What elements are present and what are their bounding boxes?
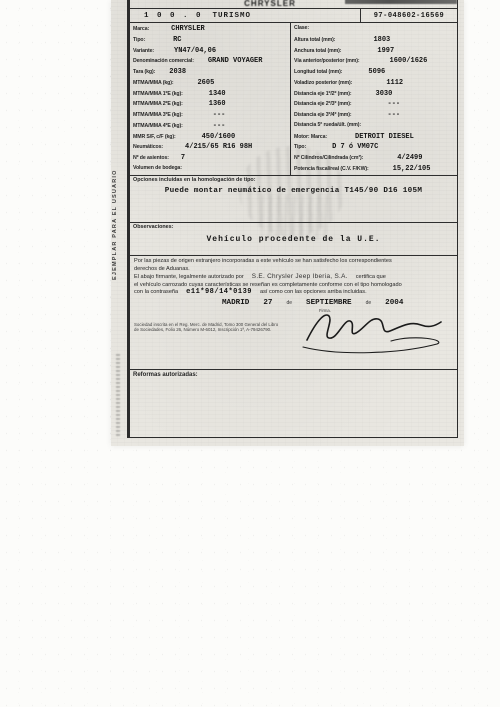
spec-row: MTMA/MMA (kg): 2605: [133, 79, 290, 90]
field-value: 15,22/105: [393, 165, 431, 173]
spec-row: Volumen de bodega:: [133, 165, 290, 176]
approval-line: con la contraseña e11*98/14*0139 así com…: [134, 289, 453, 297]
margin-printer-imprint: [116, 352, 120, 436]
signer-text-2: el vehículo carrozado cuyas característi…: [134, 282, 453, 290]
field-label: MTMA/MMA 3ºE (kg):: [133, 112, 183, 118]
scan-background: EJEMPLAR PARA EL USUARIO CHRYSLER 1 0 0 …: [0, 0, 500, 707]
field-value: ---: [388, 111, 401, 119]
field-value: 4/2499: [397, 154, 422, 162]
spec-row: MTMA/MMA 2ºE (kg): 1360: [133, 100, 290, 111]
authorized-reforms-section: Reformas autorizadas:: [130, 370, 457, 438]
vehicle-classification: 1 0 0 . 0 TURISMO: [130, 9, 360, 22]
field-value: CHRYSLER: [171, 25, 205, 33]
registry-small-print: Sociedad inscrita en el Reg. Merc. de Ma…: [134, 322, 359, 333]
day: 27: [263, 300, 272, 308]
approval-text-b: así como con las opciones arriba incluid…: [260, 289, 367, 297]
manufacturer-stamp: CHRYSLER: [200, 0, 340, 8]
field-value: 7: [181, 154, 185, 162]
spec-row: Marca: CHRYSLER: [133, 25, 290, 36]
customs-text-line1: Por las piezas de origen extranjero inco…: [134, 258, 453, 266]
field-label: Neumáticos:: [133, 144, 163, 150]
signer-line: El abajo firmante, legalmente autorizado…: [134, 273, 453, 282]
field-value: 450/1600: [202, 133, 236, 141]
approval-code: e11*98/14*0139: [186, 289, 252, 297]
spec-row: Anchura total (mm): 1997: [294, 47, 457, 58]
field-value: 4/215/65 R16 98H: [185, 143, 252, 151]
spec-row: Nº Cilindros/Cilindrada (cm³): 4/2499: [294, 154, 457, 165]
field-label: MTMA/MMA 2ºE (kg):: [133, 101, 183, 107]
field-value: ---: [213, 111, 226, 119]
spec-row: Denominación comercial: GRAND VOYAGER: [133, 57, 290, 68]
field-value: 3030: [376, 90, 393, 98]
form-header: CHRYSLER 1 0 0 . 0 TURISMO 97-048602-165…: [130, 0, 457, 23]
spec-table: Marca: CHRYSLER Tipo: RC Variante: YN47/…: [130, 23, 457, 176]
field-value: 1360: [209, 100, 226, 108]
year: 2004: [385, 300, 403, 308]
spec-row: Longitud total (mm): 5096: [294, 68, 457, 79]
field-value: ---: [213, 122, 226, 130]
spec-row: Nº de asientos: 7: [133, 154, 290, 165]
registry-line2: de Sociedades, Folio 26, Número M-6012, …: [134, 327, 359, 333]
company-name: S.E. Chrysler Jeep Iberia, S.A.: [252, 273, 348, 281]
month: SEPTIEMBRE: [306, 300, 352, 308]
spec-column-left: Marca: CHRYSLER Tipo: RC Variante: YN47/…: [130, 23, 290, 175]
cutoff-header-smudge: [345, 0, 457, 4]
de-word-2: de: [366, 300, 372, 308]
spec-row: Variante: YN47/04,06: [133, 47, 290, 58]
field-label: Tipo:: [294, 144, 306, 150]
spec-row: Tipo: D 7 ó VM07C: [294, 143, 457, 154]
field-label: Marca:: [133, 26, 149, 32]
field-label: Clase:: [294, 25, 309, 31]
spec-row: MTMA/MMA 4ºE (kg): ---: [133, 122, 290, 133]
field-value: YN47/04,06: [174, 47, 216, 55]
margin-vertical-label: EJEMPLAR PARA EL USUARIO: [112, 150, 118, 280]
field-label: Potencia fiscal/real (C.V. F/KW):: [294, 166, 369, 172]
customs-text-line2: derechos de Aduanas.: [134, 266, 453, 274]
spec-row: Distancia eje 3º/4º (mm): ---: [294, 111, 457, 122]
field-value: 1997: [377, 47, 394, 55]
field-label: Longitud total (mm):: [294, 69, 342, 75]
field-label: Nº Cilindros/Cilindrada (cm³):: [294, 155, 363, 161]
spec-row: MMR S/F, c/F (kg): 450/1600: [133, 133, 290, 144]
field-label: Voladizo posterior (mm):: [294, 80, 352, 86]
field-label: Distancia 5ª rueda/últ. (mm):: [294, 122, 361, 128]
spec-row: Tipo: RC: [133, 36, 290, 47]
technical-card-form: CHRYSLER 1 0 0 . 0 TURISMO 97-048602-165…: [127, 0, 458, 438]
field-value: RC: [173, 36, 181, 44]
spec-row: Distancia eje 2º/3º (mm): ---: [294, 100, 457, 111]
options-text: Puede montar neumático de emergencia T14…: [133, 187, 454, 195]
spec-row: Clase:: [294, 25, 457, 36]
spec-row: MTMA/MMA 1ºE (kg): 1340: [133, 90, 290, 101]
city: MADRID: [222, 300, 249, 308]
field-label: Motor: Marca:: [294, 134, 327, 140]
classification-name: TURISMO: [213, 12, 252, 20]
field-label: Distancia eje 3º/4º (mm):: [294, 112, 352, 118]
spec-row: Distancia 5ª rueda/últ. (mm):: [294, 122, 457, 133]
reforms-label: Reformas autorizadas:: [133, 372, 454, 378]
spec-row: Motor: Marca: DETROIT DIESEL: [294, 133, 457, 144]
spec-row: MTMA/MMA 3ºE (kg): ---: [133, 111, 290, 122]
field-label: MTMA/MMA (kg):: [133, 80, 173, 86]
observations-text: Vehículo procedente de la U.E.: [133, 235, 454, 244]
observations-label: Observaciones:: [133, 224, 454, 230]
field-value: 2605: [197, 79, 214, 87]
spec-row: Altura total (mm): 1803: [294, 36, 457, 47]
scanned-document-page: EJEMPLAR PARA EL USUARIO CHRYSLER 1 0 0 …: [111, 0, 464, 446]
classification-row: 1 0 0 . 0 TURISMO 97-048602-16569: [130, 8, 457, 22]
field-label: Distancia eje 2º/3º (mm):: [294, 101, 352, 107]
field-label: Tara (kg):: [133, 69, 155, 75]
field-label: Anchura total (mm):: [294, 48, 341, 54]
field-label: MTMA/MMA 1ºE (kg):: [133, 91, 183, 97]
classification-code: 1 0 0 . 0: [144, 12, 203, 20]
field-value: 1112: [386, 79, 403, 87]
field-label: Altura total (mm):: [294, 37, 335, 43]
observations-section: Observaciones: Vehículo procedente de la…: [130, 223, 457, 256]
spec-row: Neumáticos: 4/215/65 R16 98H: [133, 143, 290, 154]
options-label: Opciones incluidas en la homologación de…: [133, 177, 454, 183]
spec-row: Distancia eje 1º/2º (mm): 3030: [294, 90, 457, 101]
field-value: 1803: [373, 36, 390, 44]
spec-row: Potencia fiscal/real (C.V. F/KW): 15,22/…: [294, 165, 457, 176]
field-value: 5096: [368, 68, 385, 76]
field-label: Tipo:: [133, 37, 145, 43]
field-value: 1600/1626: [390, 57, 428, 65]
certification-section: Por las piezas de origen extranjero inco…: [130, 256, 457, 370]
date-line: MADRID 27 de SEPTIEMBRE de 2004: [222, 300, 453, 308]
options-section: Opciones incluidas en la homologación de…: [130, 176, 457, 223]
field-value: 2038: [169, 68, 186, 76]
spec-column-right: Clase: Altura total (mm): 1803 Anchura t…: [290, 23, 457, 175]
field-value: D 7 ó VM07C: [332, 143, 378, 151]
field-label: Distancia eje 1º/2º (mm):: [294, 91, 352, 97]
field-value: ---: [388, 100, 401, 108]
field-value: 1340: [209, 90, 226, 98]
field-value: GRAND VOYAGER: [208, 57, 263, 65]
field-label: MMR S/F, c/F (kg):: [133, 134, 176, 140]
field-label: Nº de asientos:: [133, 155, 169, 161]
spec-row: Vía anterior/posterior (mm): 1600/1626: [294, 57, 457, 68]
field-label: Volumen de bodega:: [133, 165, 182, 171]
field-label: Vía anterior/posterior (mm):: [294, 58, 360, 64]
serial-number: 97-048602-16569: [360, 9, 457, 22]
spec-row: Tara (kg): 2038: [133, 68, 290, 79]
de-word-1: de: [286, 300, 292, 308]
field-label: Denominación comercial:: [133, 58, 194, 64]
certifies-text: certifica que: [356, 274, 386, 282]
approval-text-a: con la contraseña: [134, 289, 178, 297]
field-label: Variante:: [133, 48, 154, 54]
spec-row: Voladizo posterior (mm): 1112: [294, 79, 457, 90]
signer-text-1: El abajo firmante, legalmente autorizado…: [134, 274, 244, 282]
field-value: DETROIT DIESEL: [355, 133, 414, 141]
field-label: MTMA/MMA 4ºE (kg):: [133, 123, 183, 129]
firma-label: Firma.: [319, 307, 453, 315]
